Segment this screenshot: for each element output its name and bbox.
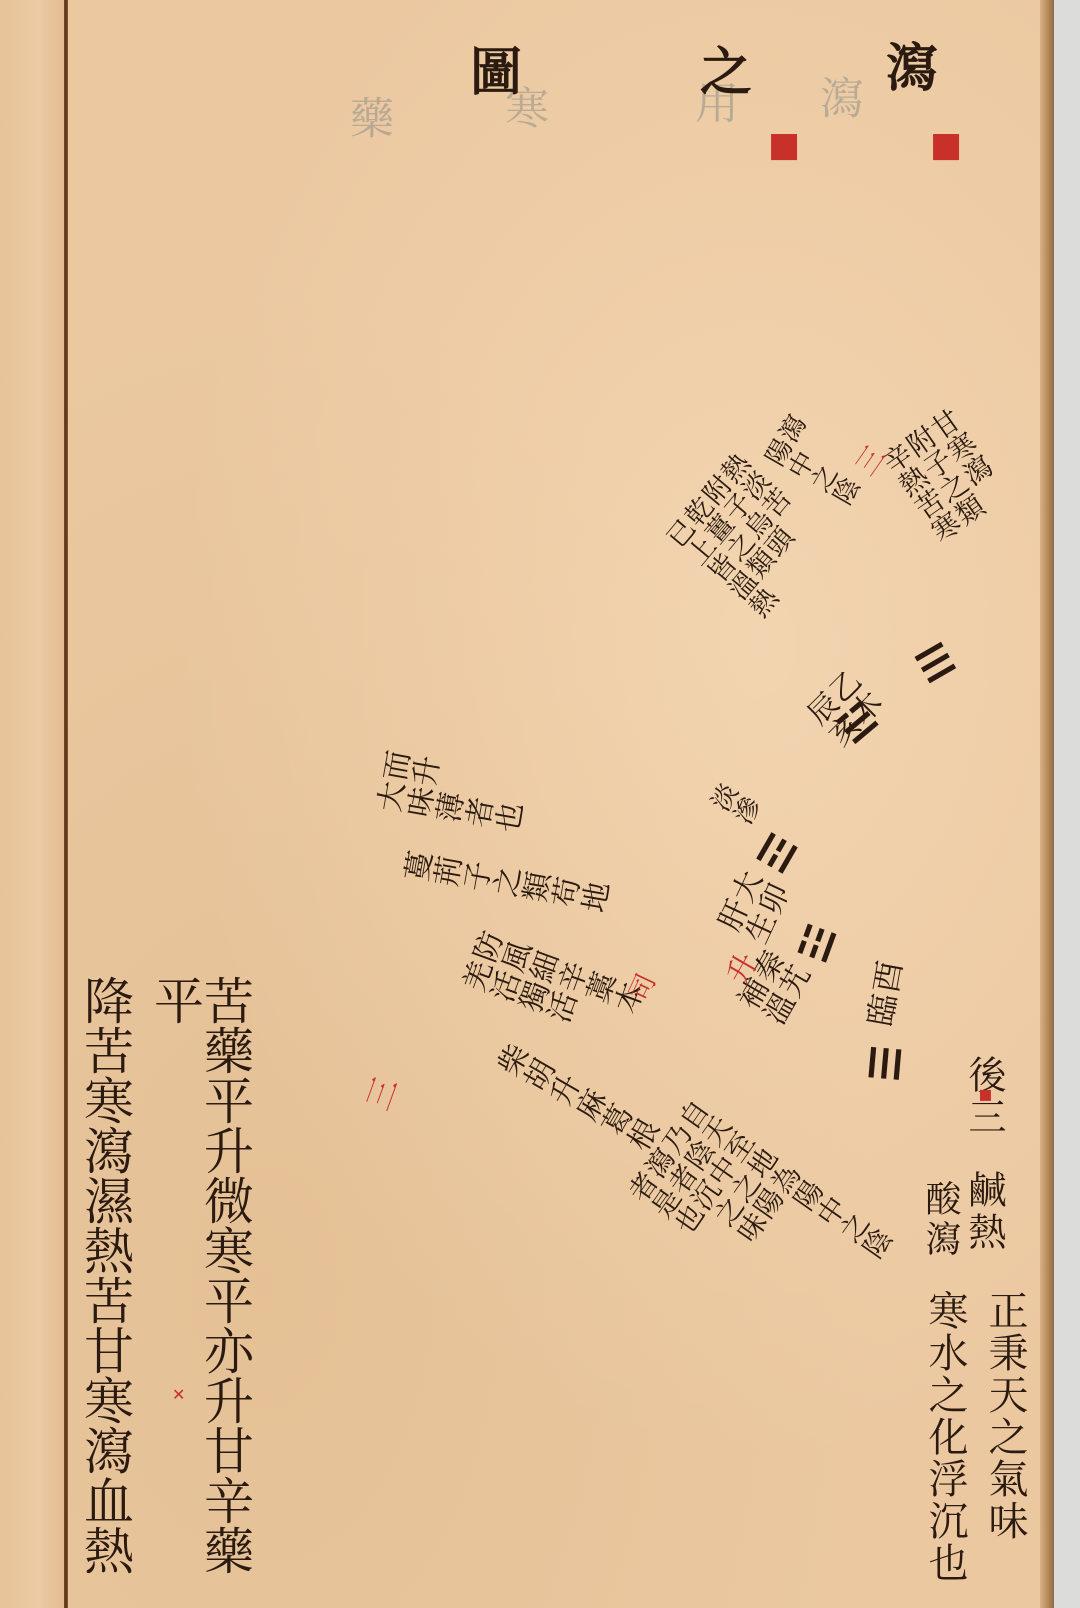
bleed-through-char: 瀉 <box>815 75 859 123</box>
title-char-3: 圖 <box>470 30 522 105</box>
red-annotation: ✕ <box>172 1385 185 1404</box>
right-column-salty-hot: 鹹熱 <box>965 1170 1003 1254</box>
right-column-qi-flavor: 正秉天之氣味 <box>985 1290 1025 1542</box>
title-char-1: 瀉 <box>886 26 938 101</box>
bleed-through-red-mark: ■ <box>930 125 962 165</box>
bleed-through-char: 藥 <box>345 95 389 143</box>
title-char-2: 之 <box>700 30 752 105</box>
left-column-descend: 降苦寒瀉濕熱苦甘寒瀉血熱 <box>80 975 130 1575</box>
page-edge <box>1040 0 1054 1608</box>
trigram-icon: ☰ <box>861 1044 911 1084</box>
left-column-bitter-herbs: 苦藥平升微寒平亦升甘辛藥平 <box>150 975 250 1608</box>
right-column-sour-drain: 酸瀉 <box>922 1180 958 1260</box>
right-column-cold-water: 寒水之化浮沉也 <box>925 1290 965 1584</box>
red-annotation: ▪ <box>978 1082 993 1107</box>
bleed-through-red-mark: ■ <box>768 125 800 165</box>
left-facing-page <box>0 0 66 1608</box>
